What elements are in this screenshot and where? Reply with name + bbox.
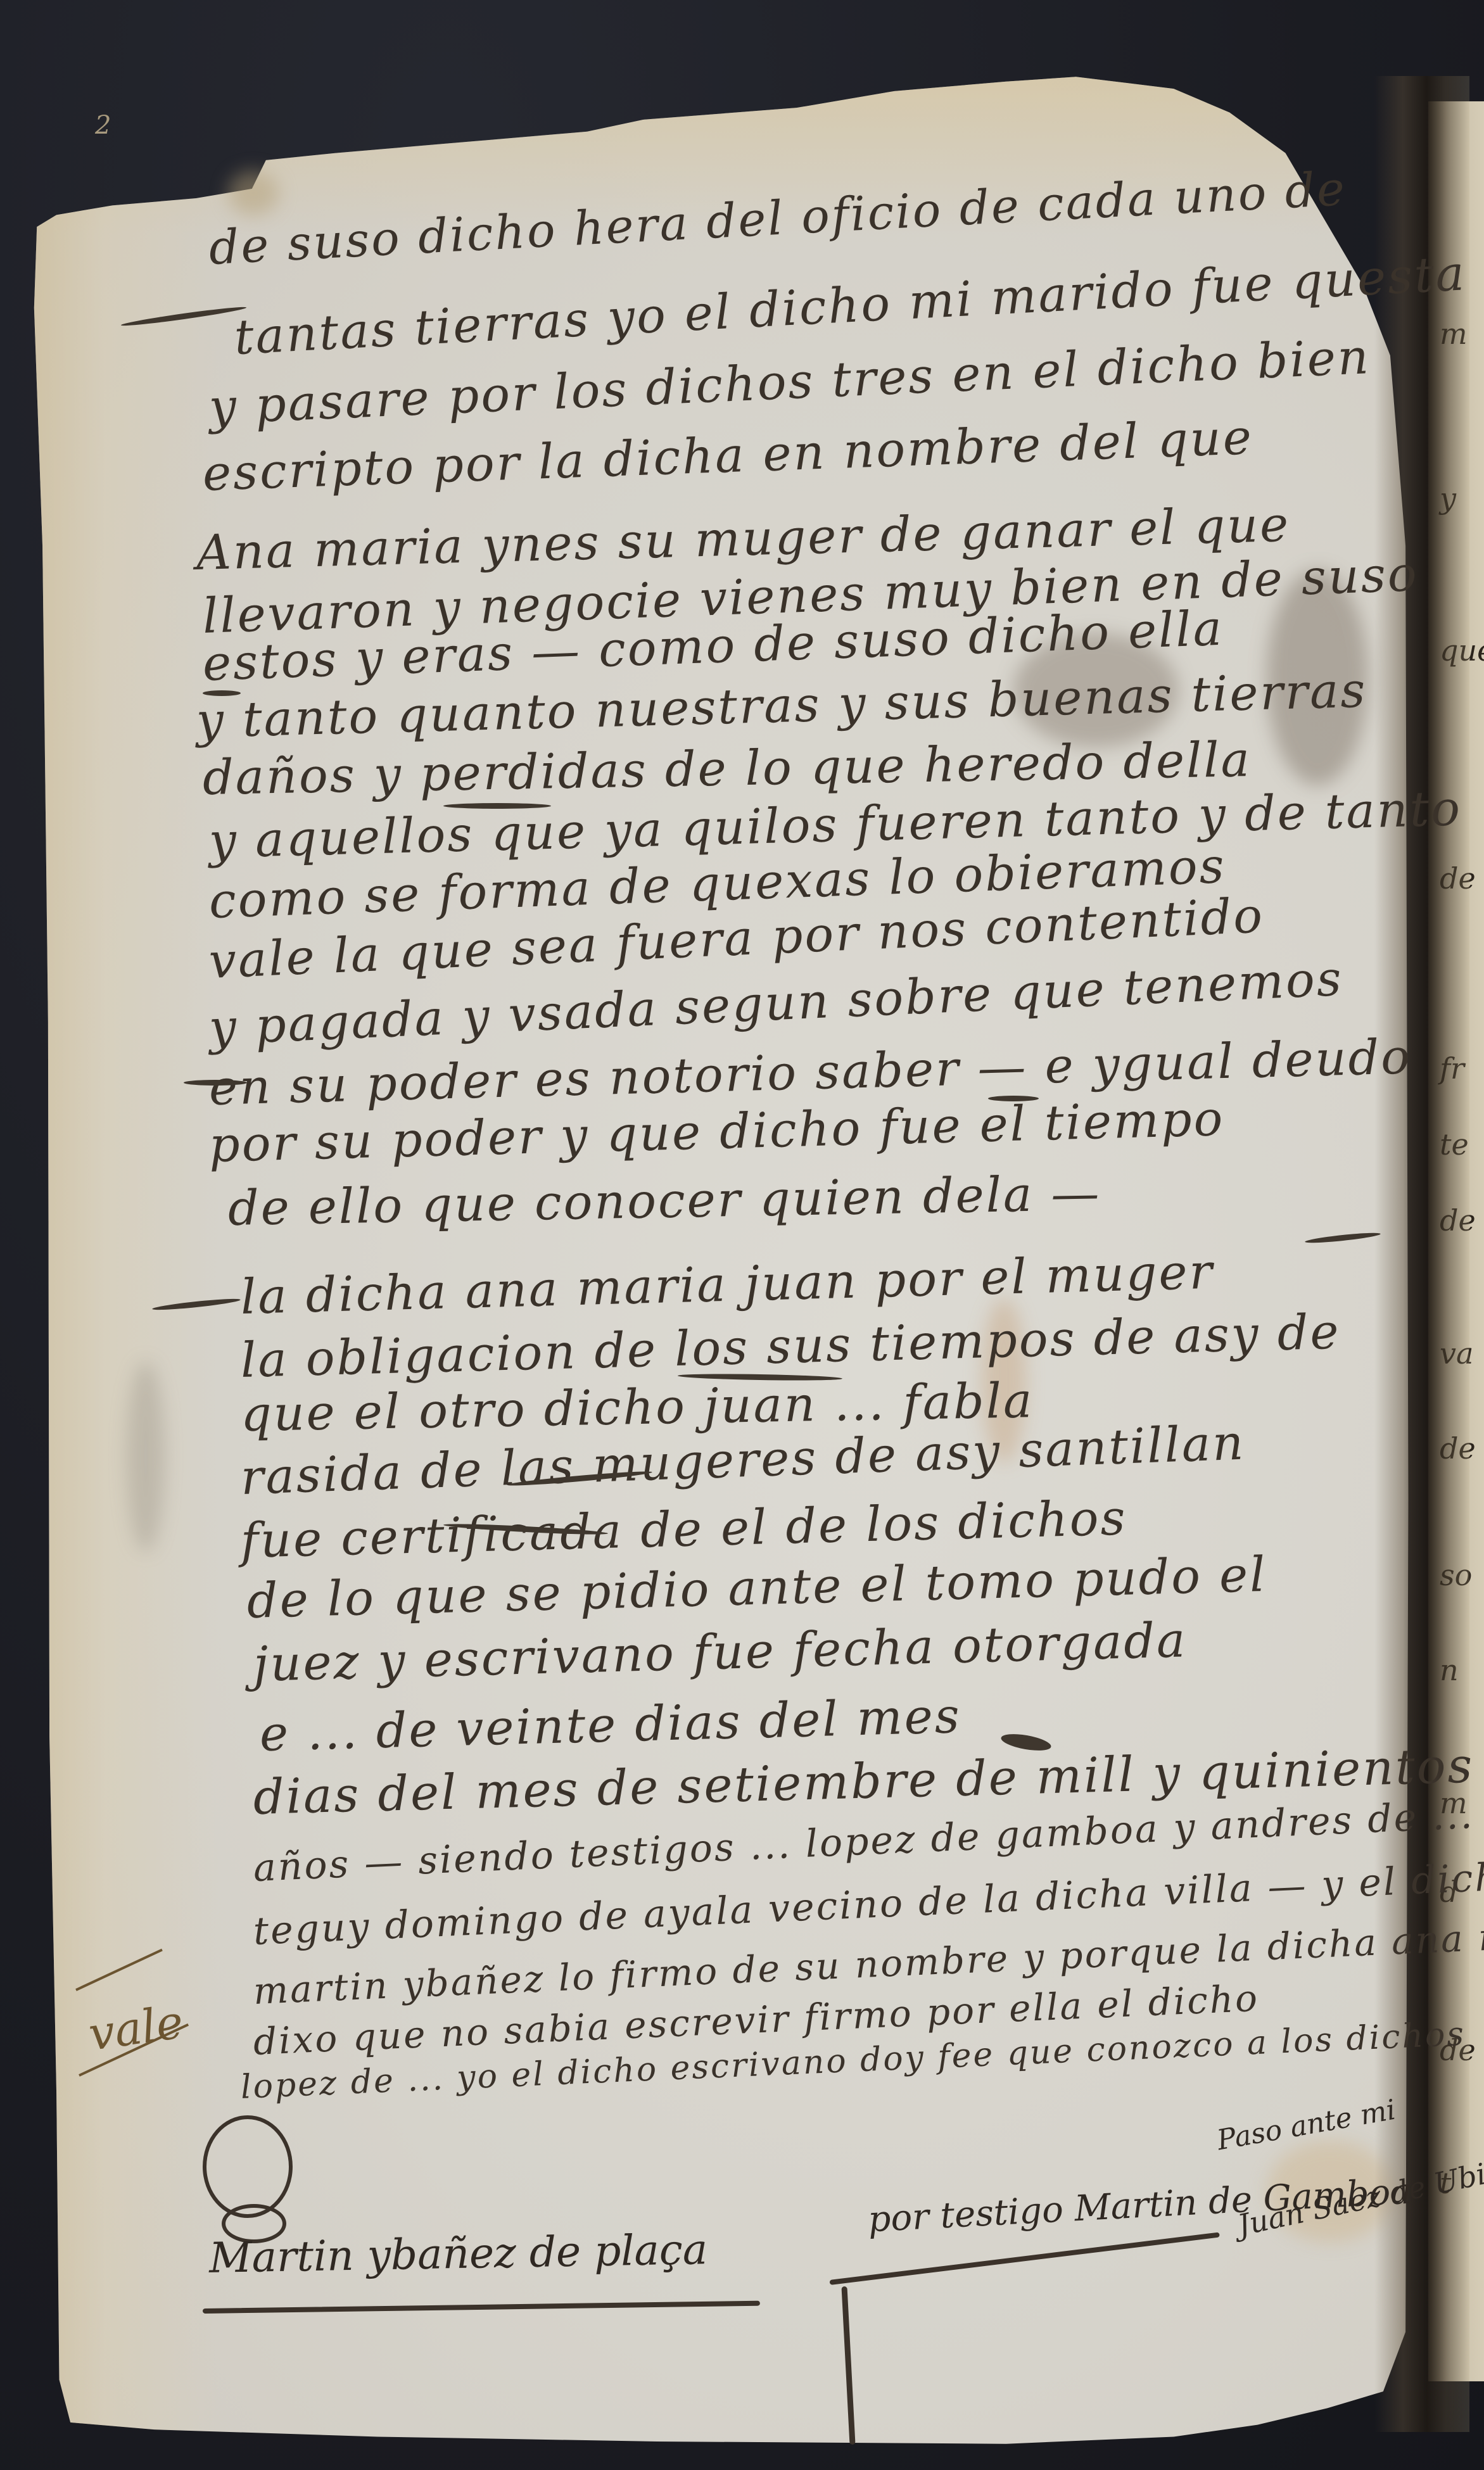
- manuscript-line: de suso dicho hera del oficio de cada un…: [208, 165, 1347, 272]
- signature-martin-ybanez: Martin ybañez de plaça: [208, 2225, 707, 2283]
- line-filler-stroke: [203, 690, 241, 696]
- manuscript-line: de ello que conocer quien dela —: [227, 1169, 1101, 1232]
- manuscript-line: juez y escrivano fue fecha otorgada: [253, 1616, 1188, 1688]
- manuscript-line: e ... de veinte dias del mes: [259, 1692, 962, 1758]
- line-filler-stroke: [184, 1080, 247, 1086]
- manuscript-text: de suso dicho hera del oficio de cada un…: [0, 0, 1484, 2470]
- line-filler-stroke: [1305, 1231, 1381, 1244]
- notary-sign-mark: [203, 2115, 293, 2218]
- line-filler-stroke: [988, 1096, 1039, 1101]
- line-filler-stroke: [120, 305, 246, 328]
- line-filler-stroke: [443, 803, 551, 809]
- line-filler-stroke: [152, 1297, 241, 1312]
